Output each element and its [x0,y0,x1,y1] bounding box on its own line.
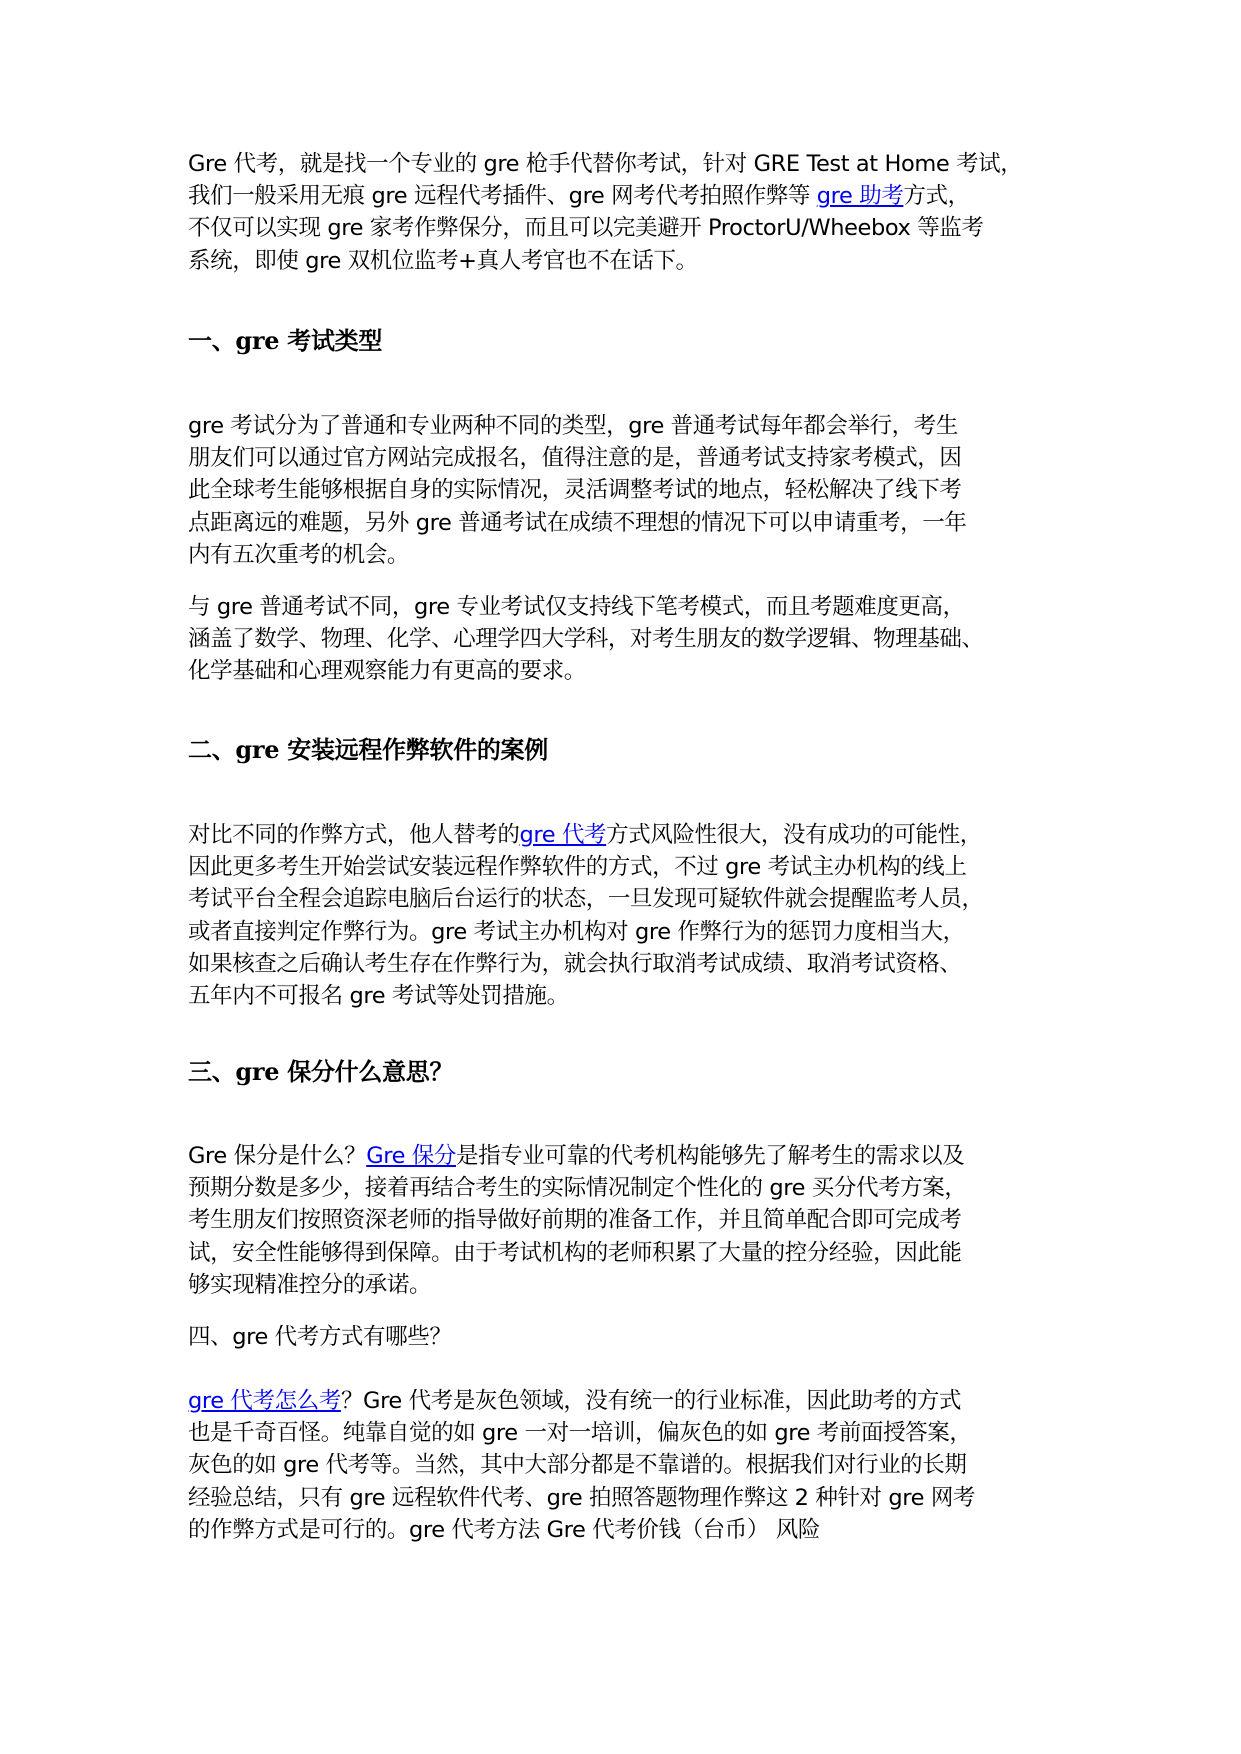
section-3-heading: 三、gre 保分什么意思？ [188,1056,1060,1088]
section-1-paragraph-1: gre 考试分为了普通和专业两种不同的类型，gre 普通考试每年都会举行，考生 … [188,410,1060,571]
s4-line-1-tail: ？Gre 代考是灰色领域，没有统一的行业标准，因此助考的方式 [341,1388,961,1414]
s2-line: 因此更多考生开始尝试安装远程作弊软件的方式，不过 gre 考试主办机构的线上 [188,851,1060,883]
s4-line: 灰色的如 gre 代考等。当然，其中大部分都是不靠谱的。根据我们对行业的长期 [188,1449,1060,1481]
intro-paragraph: Gre 代考，就是找一个专业的 gre 枪手代替你考试，针对 GRE Test … [188,148,1060,277]
s2-line: 或者直接判定作弊行为。gre 考试主办机构对 gre 作弊行为的惩罚力度相当大， [188,916,1060,948]
section-4-paragraph: gre 代考怎么考？Gre 代考是灰色领域，没有统一的行业标准，因此助考的方式 … [188,1385,1060,1546]
s1p1-line: gre 考试分为了普通和专业两种不同的类型，gre 普通考试每年都会举行，考生 [188,410,1060,442]
s3-line: 考生朋友们按照资深老师的指导做好前期的准备工作，并且简单配合即可完成考 [188,1204,1060,1236]
s3-line: 试，安全性能够得到保障。由于考试机构的老师积累了大量的控分经验，因此能 [188,1237,1060,1269]
s4-line: 也是千奇百怪。纯靠自觉的如 gre 一对一培训，偏灰色的如 gre 考前面授答案… [188,1417,1060,1449]
s1p1-line: 朋友们可以通过官方网站完成报名，值得注意的是，普通考试支持家考模式，因 [188,442,1060,474]
section-2-paragraph: 对比不同的作弊方式，他人替考的gre 代考方式风险性很大，没有成功的可能性， 因… [188,819,1060,1012]
s4-line-1: gre 代考怎么考？Gre 代考是灰色领域，没有统一的行业标准，因此助考的方式 [188,1385,1060,1417]
s1p1-line: 此全球考生能够根据自身的实际情况，灵活调整考试的地点，轻松解决了线下考 [188,474,1060,506]
s1p2-line: 与 gre 普通考试不同，gre 专业考试仅支持线下笔考模式，而且考题难度更高， [188,591,1060,623]
intro-line-1: Gre 代考，就是找一个专业的 gre 枪手代替你考试，针对 GRE Test … [188,148,1060,180]
gre-score-guarantee-link[interactable]: Gre 保分 [366,1143,456,1169]
how-gre-proxy-exam-link[interactable]: gre 代考怎么考 [188,1388,341,1414]
s2-line: 五年内不可报名 gre 考试等处罚措施。 [188,980,1060,1012]
intro-line-2-text: 我们一般采用无痕 gre 远程代考插件、gre 网考代考拍照作弊等 [188,183,817,209]
gre-proxy-exam-link[interactable]: gre 代考 [520,822,607,848]
s1p2-line: 涵盖了数学、物理、化学、心理学四大学科，对考生朋友的数学逻辑、物理基础、 [188,623,1060,655]
s3-line-1-lead: Gre 保分是什么？ [188,1143,366,1169]
s3-line-1-tail: 是指专业可靠的代考机构能够先了解考生的需求以及 [456,1143,964,1169]
s2-line: 考试平台全程会追踪电脑后台运行的状态，一旦发现可疑软件就会提醒监考人员， [188,883,1060,915]
section-1-paragraph-2: 与 gre 普通考试不同，gre 专业考试仅支持线下笔考模式，而且考题难度更高，… [188,591,1060,688]
section-4-heading: 四、gre 代考方式有哪些？ [188,1321,1060,1353]
intro-line-2-tail: 方式， [903,183,969,209]
s3-line: 够实现精准控分的承诺。 [188,1269,1060,1301]
section-2-heading: 二、gre 安装远程作弊软件的案例 [188,734,1060,766]
s1p1-line: 内有五次重考的机会。 [188,539,1060,571]
s2-line-1-tail: 方式风险性很大，没有成功的可能性， [606,822,982,848]
s3-line-1: Gre 保分是什么？Gre 保分是指专业可靠的代考机构能够先了解考生的需求以及 [188,1140,1060,1172]
s2-line-1: 对比不同的作弊方式，他人替考的gre 代考方式风险性很大，没有成功的可能性， [188,819,1060,851]
gre-assist-link[interactable]: gre 助考 [817,183,904,209]
s1p2-line: 化学基础和心理观察能力有更高的要求。 [188,655,1060,687]
s2-line-1-lead: 对比不同的作弊方式，他人替考的 [188,822,520,848]
intro-line-2: 我们一般采用无痕 gre 远程代考插件、gre 网考代考拍照作弊等 gre 助考… [188,180,1060,212]
s2-line: 如果核查之后确认考生存在作弊行为，就会执行取消考试成绩、取消考试资格、 [188,948,1060,980]
intro-line-4: 系统，即使 gre 双机位监考+真人考官也不在话下。 [188,245,1060,277]
section-3-paragraph: Gre 保分是什么？Gre 保分是指专业可靠的代考机构能够先了解考生的需求以及 … [188,1140,1060,1301]
s3-line: 预期分数是多少，接着再结合考生的实际情况制定个性化的 gre 买分代考方案， [188,1172,1060,1204]
section-1-heading: 一、gre 考试类型 [188,325,1060,357]
s4-line: 的作弊方式是可行的。gre 代考方法 Gre 代考价钱（台币） 风险 [188,1514,1060,1546]
s4-line: 经验总结，只有 gre 远程软件代考、gre 拍照答题物理作弊这 2 种针对 g… [188,1482,1060,1514]
s1p1-line: 点距离远的难题，另外 gre 普通考试在成绩不理想的情况下可以申请重考，一年 [188,507,1060,539]
intro-line-3: 不仅可以实现 gre 家考作弊保分，而且可以完美避开 ProctorU/Whee… [188,212,1060,244]
